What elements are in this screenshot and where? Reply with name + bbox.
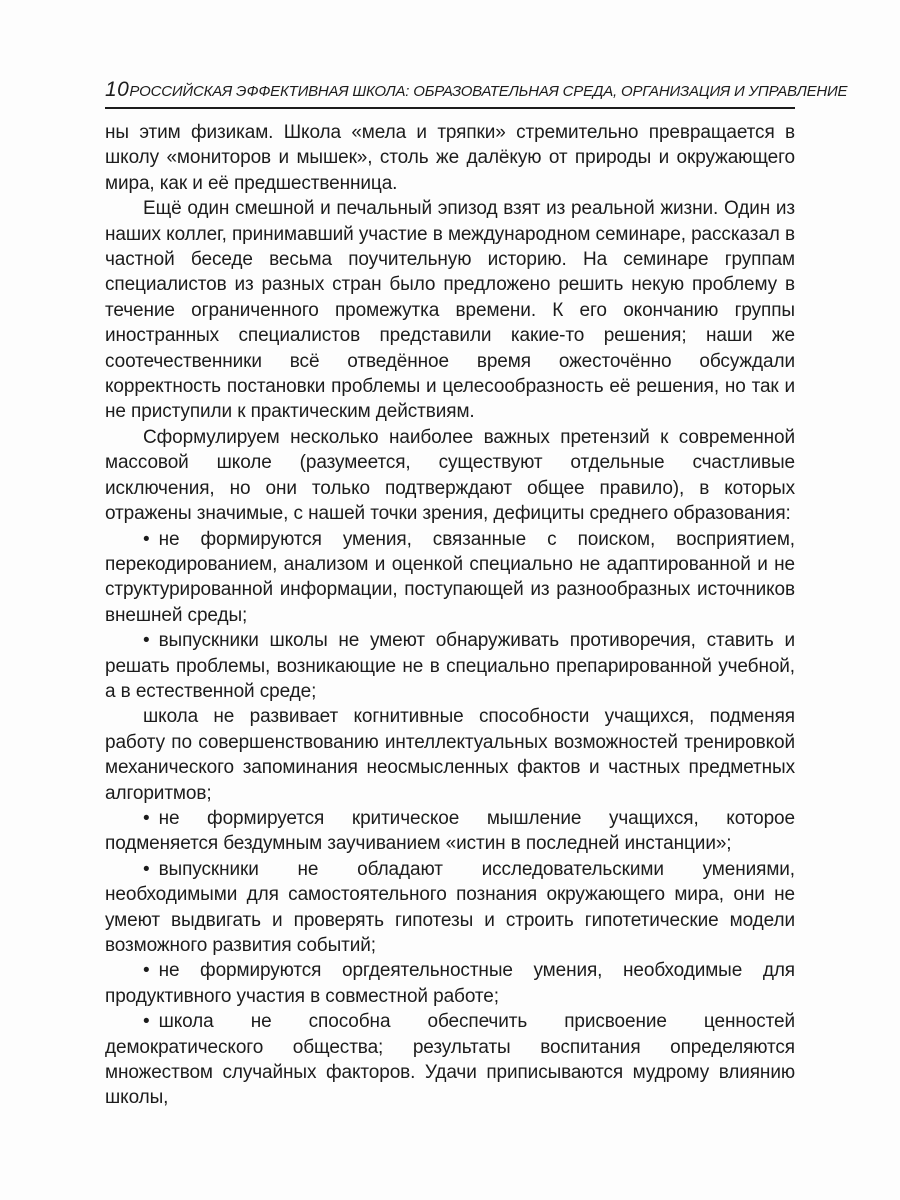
bullet-item: выпускники школы не умеют обнаруживать п… xyxy=(105,628,795,704)
bullet-item: не формируются умения, связанные с поиск… xyxy=(105,527,795,629)
paragraph: ны этим физикам. Школа «мела и тряпки» с… xyxy=(105,120,795,196)
bullet-item: выпускники не обладают исследовательским… xyxy=(105,857,795,959)
paragraph: школа не развивает когнитивные способнос… xyxy=(105,704,795,806)
book-page: 10 РОССИЙСКАЯ ЭФФЕКТИВНАЯ ШКОЛА: ОБРАЗОВ… xyxy=(0,0,900,1200)
page-number: 10 xyxy=(105,78,129,102)
paragraph: Сформулируем несколько наиболее важных п… xyxy=(105,425,795,527)
bullet-item: не формируются оргдеятельностные умения,… xyxy=(105,958,795,1009)
paragraph: Ещё один смешной и печальный эпизод взят… xyxy=(105,196,795,425)
bullet-item: не формируется критическое мышление учащ… xyxy=(105,806,795,857)
body-text: ны этим физикам. Школа «мела и тряпки» с… xyxy=(105,120,795,1111)
running-header: 10 РОССИЙСКАЯ ЭФФЕКТИВНАЯ ШКОЛА: ОБРАЗОВ… xyxy=(105,78,795,109)
running-header-title: РОССИЙСКАЯ ЭФФЕКТИВНАЯ ШКОЛА: ОБРАЗОВАТЕ… xyxy=(129,83,847,100)
bullet-item: школа не способна обеспечить присвоение … xyxy=(105,1009,795,1111)
